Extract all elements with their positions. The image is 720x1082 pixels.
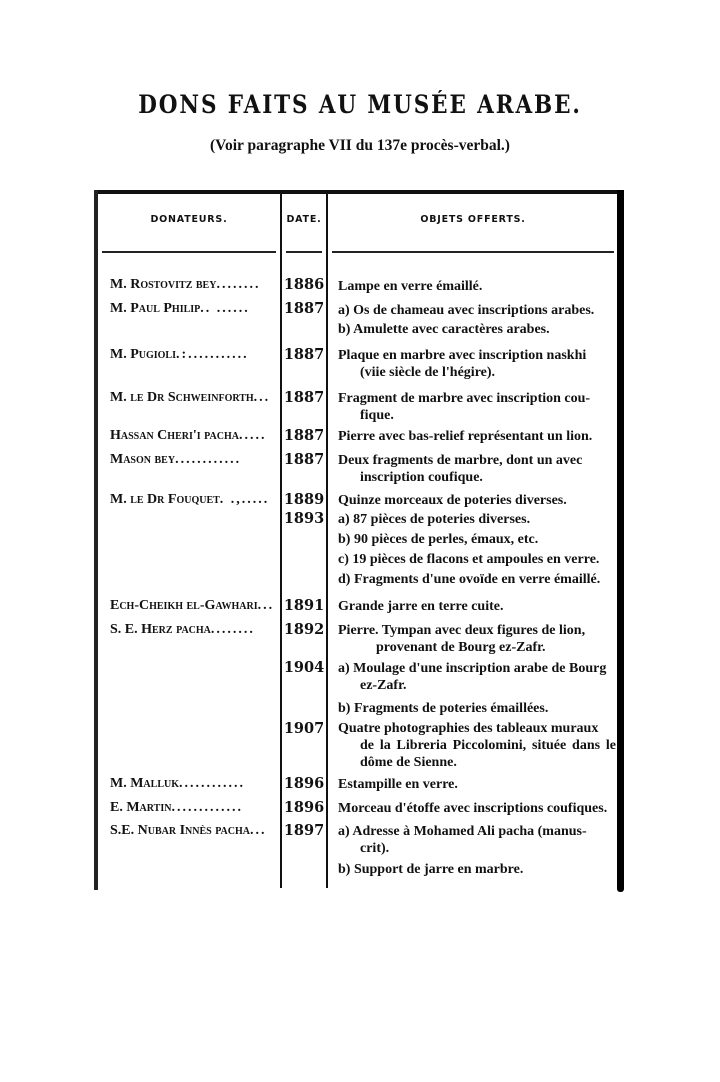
donor-name: Mason bey............ [110, 452, 278, 468]
donor-name: Hassan Cheri'i pacha..... [110, 428, 278, 444]
donated-object: Quatre photographies des tableaux muraux… [338, 720, 616, 771]
donor-name: S.E. Nubar Innès pacha... [110, 823, 278, 839]
column-divider-donors-date [280, 194, 282, 888]
donor-name: M. Pugioli.:........... [110, 347, 278, 363]
donated-object: Grande jarre en terre cuite. [338, 598, 616, 615]
donated-object: a) Adresse à Mohamed Ali pacha (manus-cr… [338, 823, 616, 857]
donated-object: Estampille en verre. [338, 776, 616, 793]
column-divider-date-objects [326, 194, 328, 888]
donation-date: 1896 [283, 799, 325, 816]
donated-object: c) 19 pièces de flacons et ampoules en v… [338, 551, 616, 568]
donation-date: 1893 [283, 510, 325, 527]
column-header-donors: DONATEURS. [98, 214, 280, 225]
donor-name: M. le Dr Fouquet. .,..... [110, 492, 278, 508]
donation-date: 1896 [283, 775, 325, 792]
donated-object: b) Amulette avec caractères arabes. [338, 321, 616, 338]
donation-date: 1886 [283, 276, 325, 293]
donor-name: M. Rostovitz bey........ [110, 277, 278, 293]
page-subtitle: (Voir paragraphe VII du 137e procès-verb… [0, 137, 720, 155]
donation-date: 1892 [283, 621, 325, 638]
donation-date: 1887 [283, 300, 325, 317]
column-header-date: DATE. [282, 214, 326, 225]
donor-name: E. Martin............. [110, 800, 278, 816]
donor-name: S. E. Herz pacha........ [110, 622, 278, 638]
donation-date: 1891 [283, 597, 325, 614]
donated-object: a) Moulage d'une inscription arabe de Bo… [338, 660, 616, 694]
donation-date: 1887 [283, 346, 325, 363]
donation-date: 1889 [283, 491, 325, 508]
donor-name: M. Malluk............ [110, 776, 278, 792]
donor-name: M. Paul Philip.. ...... [110, 301, 278, 317]
donated-object: Pierre. Tympan avec deux figures de lion… [338, 622, 616, 656]
table-top-border [94, 190, 624, 194]
donated-object: Quinze morceaux de poteries diverses. [338, 492, 616, 509]
donated-object: b) Support de jarre en marbre. [338, 861, 616, 878]
table-left-border [94, 190, 98, 890]
donated-object: Fragment de marbre avec inscription cou-… [338, 390, 616, 424]
donated-object: b) Fragments de poteries émaillées. [338, 700, 616, 717]
donations-table: DONATEURS. DATE. OBJETS OFFERTS. M. Rost… [94, 190, 624, 892]
donation-date: 1887 [283, 427, 325, 444]
donated-object: Morceau d'étoffe avec inscriptions coufi… [338, 800, 616, 817]
header-rule-objects [332, 251, 614, 253]
header-rule-date [286, 251, 322, 253]
page-title: DONS FAITS AU MUSÉE ARABE. [50, 90, 669, 119]
donor-name: M. le Dr Schweinforth... [110, 390, 278, 406]
donated-object: d) Fragments d'une ovoïde en verre émail… [338, 571, 616, 588]
donor-name: Ech-Cheikh el-Gawhari... [110, 598, 278, 614]
column-header-objects: OBJETS OFFERTS. [328, 214, 618, 225]
header-rule-donors [102, 251, 276, 253]
donation-date: 1907 [283, 720, 325, 737]
donated-object: Lampe en verre émaillé. [338, 278, 616, 295]
donated-object: Deux fragments de marbre, dont un avecin… [338, 452, 616, 486]
donated-object: Plaque en marbre avec inscription naskhi… [338, 347, 616, 381]
donation-date: 1887 [283, 389, 325, 406]
donated-object: Pierre avec bas-relief représentant un l… [338, 428, 616, 445]
donation-date: 1887 [283, 451, 325, 468]
table-right-border [617, 190, 624, 892]
donation-date: 1904 [283, 659, 325, 676]
donation-date: 1897 [283, 822, 325, 839]
donated-object: a) Os de chameau avec inscriptions arabe… [338, 302, 616, 319]
donated-object: a) 87 pièces de poteries diverses. [338, 511, 616, 528]
donated-object: b) 90 pièces de perles, émaux, etc. [338, 531, 616, 548]
